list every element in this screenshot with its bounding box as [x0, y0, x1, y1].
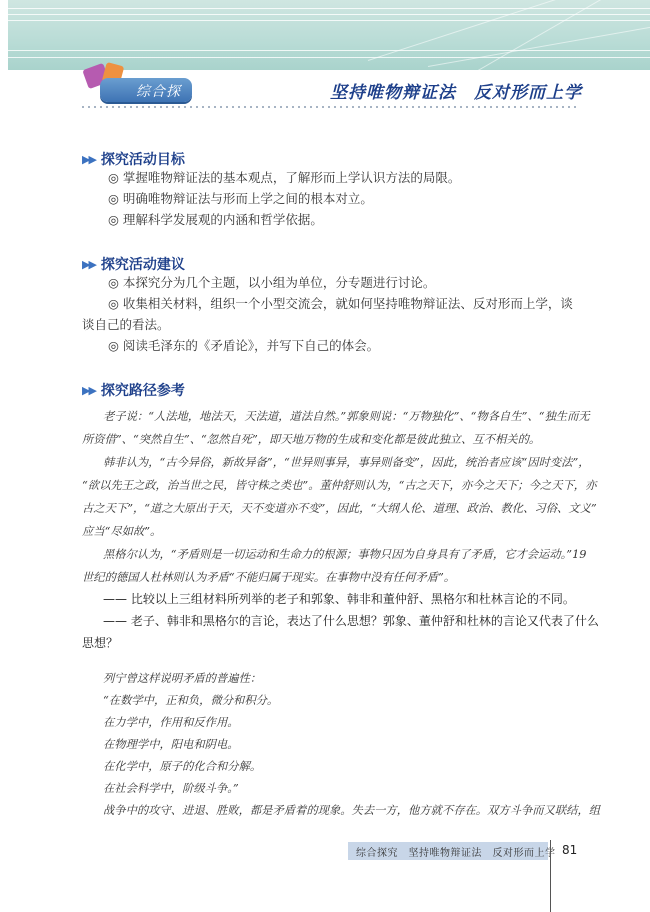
double-arrow-icon: ▶▶ — [82, 384, 95, 397]
section-heading-goals: ▶▶ 探究活动目标 — [82, 149, 185, 169]
list-item: ◎ 明确唯物辩证法与形而上学之间的根本对立。 — [108, 189, 373, 208]
quote-line: “在数学中，正和负，微分和积分。 — [103, 692, 278, 708]
dotted-divider — [80, 106, 580, 108]
quote-line: 在物理学中，阳电和阴电。 — [103, 736, 239, 752]
list-item-continued: 谈自己的看法。 — [82, 315, 170, 334]
double-arrow-icon: ▶▶ — [82, 153, 95, 166]
paragraph-line: 应当“尽如故”。 — [82, 523, 161, 539]
page-number: 81 — [562, 843, 577, 857]
paragraph-line: 韩非认为，“古今异俗，新故异备”，“世异则事异，事异则备变”，因此，统治者应该“… — [103, 454, 590, 470]
list-item: ◎ 本探究分为几个主题，以小组为单位，分专题进行讨论。 — [108, 273, 435, 292]
quote-line: 列宁曾这样说明矛盾的普遍性： — [103, 670, 261, 686]
paragraph-line: 老子说：“人法地，地法天，天法道，道法自然。”郭象则说：“万物独化”、“物各自生… — [103, 408, 590, 424]
section-heading-path: ▶▶ 探究路径参考 — [82, 380, 185, 400]
footer-divider — [550, 840, 551, 912]
page-title: 坚持唯物辩证法 反对形而上学 — [330, 78, 582, 103]
running-footer: 综合探究 坚持唯物辩证法 反对形而上学 — [348, 842, 548, 860]
quote-line: 在社会科学中，阶级斗争。” — [103, 780, 239, 796]
paragraph-line: 世纪的德国人杜林则认为矛盾“不能归属于现实。在事物中没有任何矛盾”。 — [82, 569, 455, 585]
list-item: ◎ 理解科学发展观的内涵和哲学依据。 — [108, 210, 323, 229]
header-banner — [8, 0, 650, 70]
section-tag: 综合探究 — [100, 78, 192, 102]
paragraph-line: 黑格尔认为，“矛盾则是一切运动和生命力的根源；事物只因为自身具有了矛盾，它才会运… — [103, 546, 586, 562]
list-item: ◎ 掌握唯物辩证法的基本观点，了解形而上学认识方法的局限。 — [108, 168, 460, 187]
section-heading-text: 探究路径参考 — [101, 380, 185, 400]
paragraph-line: 古之天下”，“道之大原出于天，天不变道亦不变”，因此，“大纲人伦、道理、政治、教… — [82, 500, 597, 516]
quote-line: 在化学中，原子的化合和分解。 — [103, 758, 261, 774]
discussion-question: —— 比较以上三组材料所列举的老子和郭象、韩非和董仲舒、黑格尔和杜林言论的不同。 — [103, 590, 575, 607]
discussion-question: —— 老子、韩非和黑格尔的言论，表达了什么思想？郭象、董仲舒和杜林的言论又代表了… — [103, 612, 599, 629]
quote-line: 在力学中，作用和反作用。 — [103, 714, 239, 730]
paragraph-line: 所资借”、“突然自生”、“忽然自死”，即天地万物的生成和变化都是彼此独立、互不相… — [82, 431, 540, 447]
list-item: ◎ 收集相关材料，组织一个小型交流会，就如何坚持唯物辩证法、反对形而上学，谈 — [108, 294, 573, 313]
section-tag-label: 综合探究 — [136, 81, 192, 121]
section-heading-suggestions: ▶▶ 探究活动建议 — [82, 254, 185, 274]
paragraph-line: “欲以先王之政，治当世之民，皆守株之类也”。董仲舒则认为，“古之天下，亦今之天下… — [82, 477, 596, 493]
quote-line: 战争中的攻守、进退、胜败，都是矛盾着的现象。失去一方，他方就不存在。双方斗争而又… — [103, 802, 600, 818]
section-heading-text: 探究活动建议 — [101, 254, 185, 274]
running-title: 综合探究 坚持唯物辩证法 反对形而上学 — [356, 844, 556, 859]
double-arrow-icon: ▶▶ — [82, 258, 95, 271]
list-item: ◎ 阅读毛泽东的《矛盾论》，并写下自己的体会。 — [108, 336, 379, 355]
section-heading-text: 探究活动目标 — [101, 149, 185, 169]
discussion-question-continued: 思想？ — [82, 634, 118, 651]
